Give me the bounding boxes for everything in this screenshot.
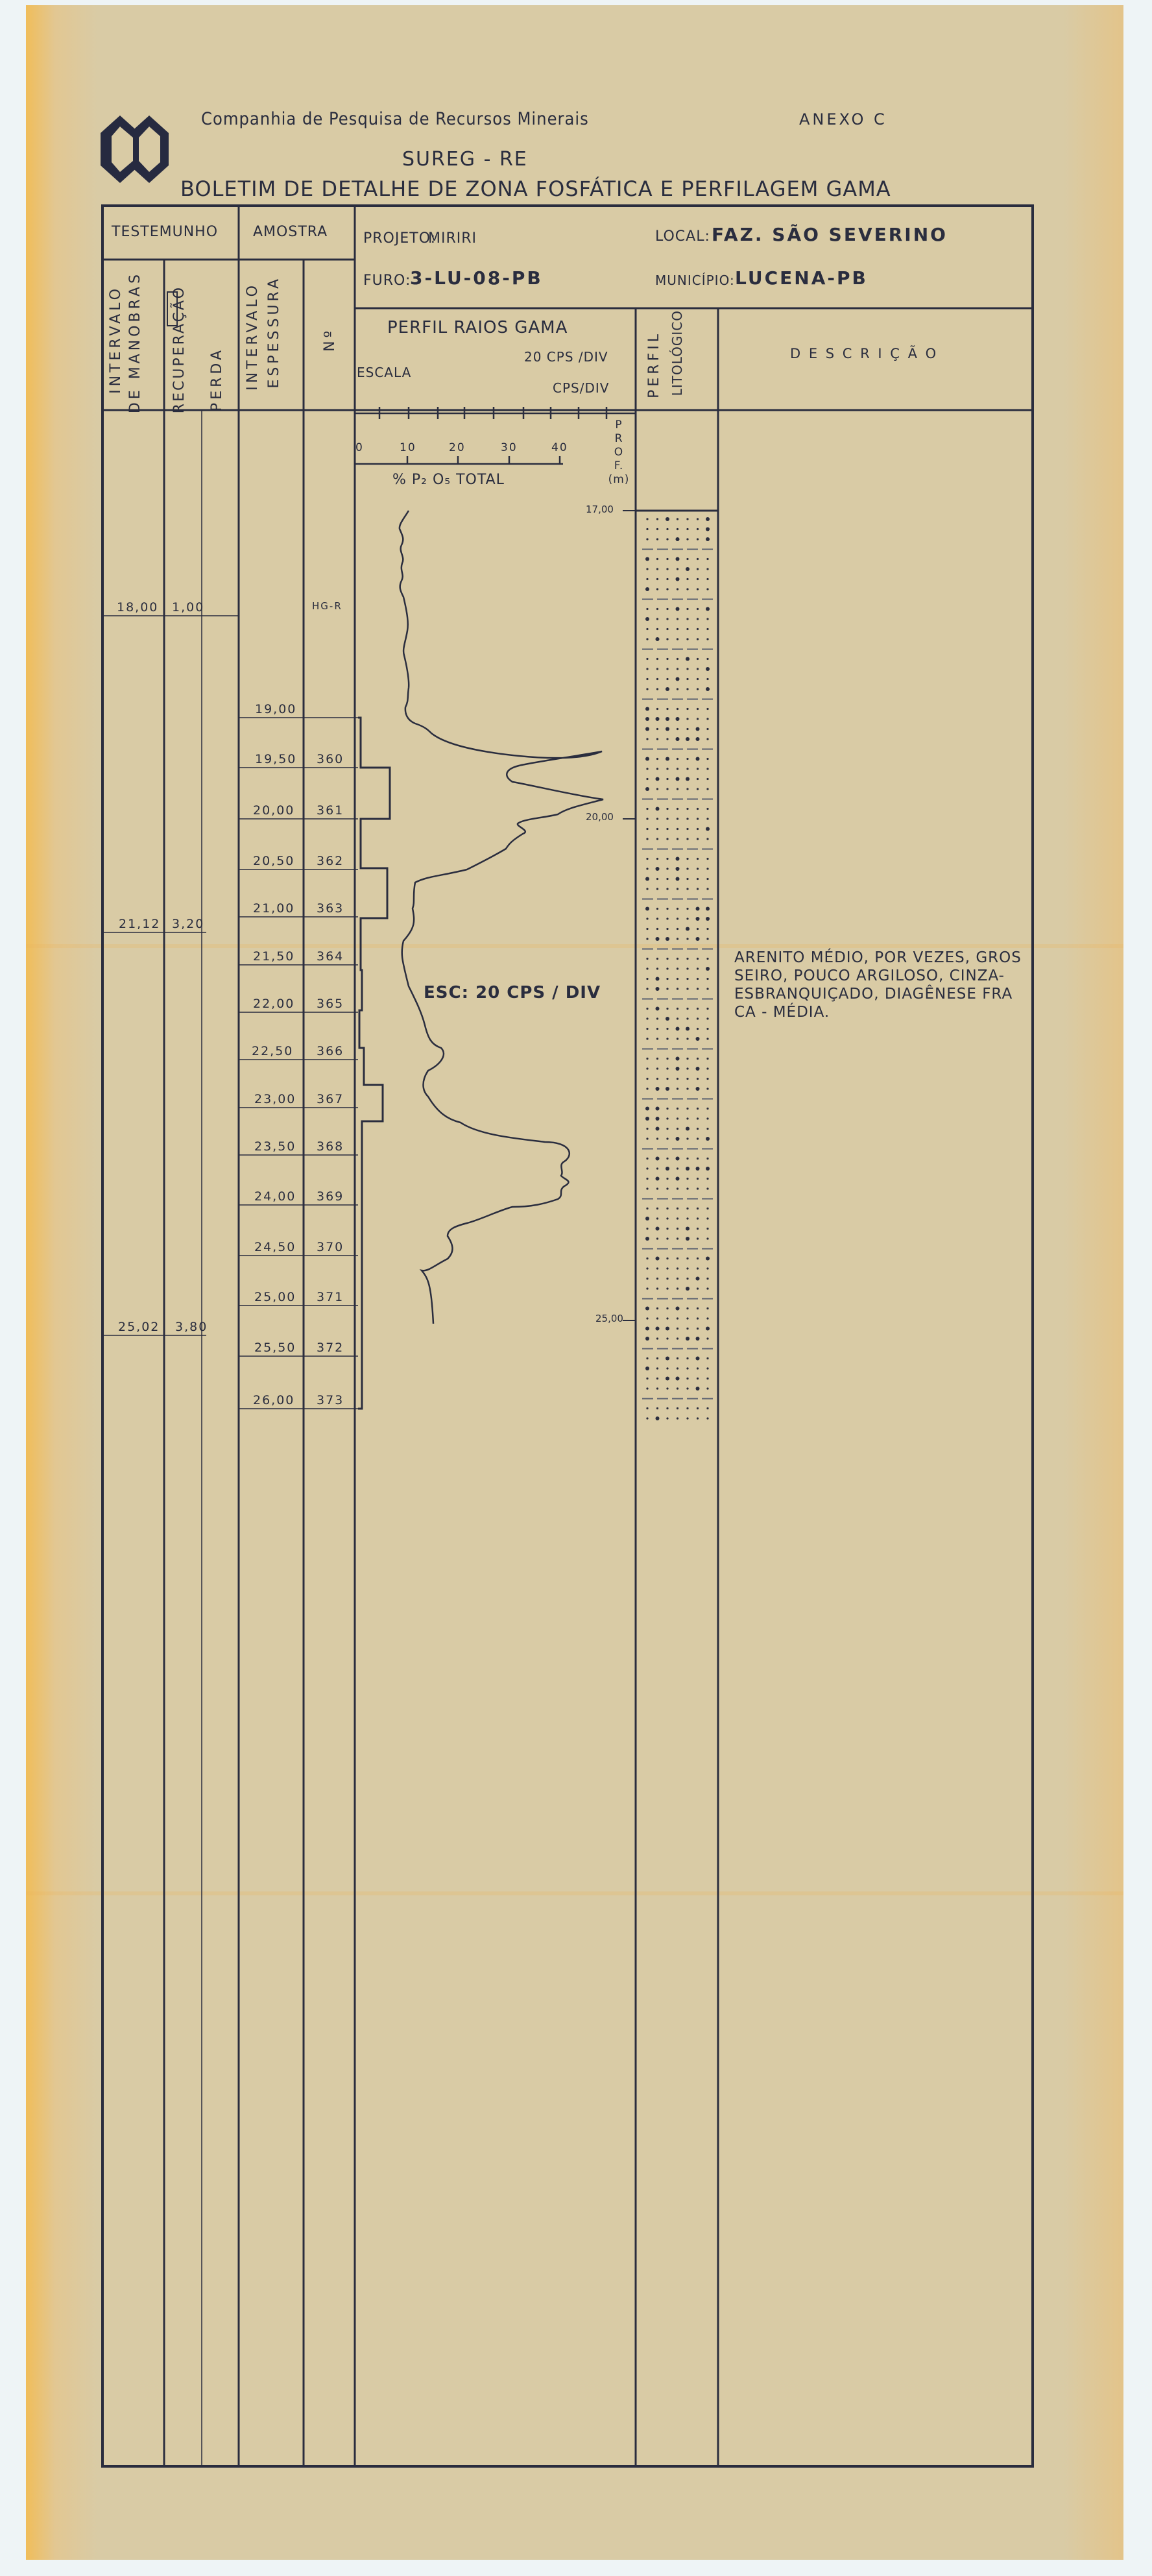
amostra-numero: 370 (317, 1240, 344, 1254)
amostra-numero: 365 (317, 997, 344, 1011)
projeto-value: MIRIRI (428, 230, 477, 247)
amostra-intervalo: 22,00 (253, 997, 294, 1011)
company-name: Companhia de Pesquisa de Recursos Minera… (201, 109, 589, 129)
municipio-label: MUNICÍPIO: (655, 273, 735, 288)
amostra-numero: 369 (317, 1189, 344, 1204)
projeto-label: PROJETO: (363, 230, 436, 247)
local-value: FAZ. SÃO SEVERINO (712, 224, 948, 245)
p2o5-tick: 20 (449, 441, 466, 454)
amostra-intervalo: 26,00 (253, 1393, 294, 1407)
amostra-intervalo: 24,00 (254, 1189, 296, 1204)
gamma-title: PERFIL RAIOS GAMA (387, 318, 568, 337)
amostra-numero: 362 (317, 854, 344, 868)
p2o5-tick: 10 (400, 441, 416, 454)
amostra-numero: 361 (317, 803, 344, 818)
depth-label-25: 25,00 (595, 1313, 623, 1324)
local-label: LOCAL: (655, 228, 710, 245)
amostra-numero: HG-R (312, 600, 342, 612)
amostra-intervalo: 21,00 (253, 901, 294, 916)
page-title: BOLETIM DE DETALHE DE ZONA FOSFÁTICA E P… (180, 176, 891, 201)
col-litologico-label: LITOLÓGICO (669, 310, 685, 396)
col-de-manobras-label: DE MANOBRAS (127, 271, 143, 413)
unit-label: SUREG - RE (402, 148, 528, 171)
amostra-numero: 366 (317, 1044, 344, 1058)
amostra-numero: 371 (317, 1290, 344, 1304)
amostra-intervalo: 25,00 (254, 1290, 296, 1304)
amostra-intervalo: 19,00 (255, 702, 296, 716)
col-descricao-label: D E S C R I Ç Ã O (790, 346, 938, 361)
amostra-intervalo: 24,50 (254, 1240, 296, 1254)
gamma-scale-value: 20 CPS /DIV (524, 349, 608, 365)
depth-label-17: 17,00 (586, 504, 614, 515)
cprm-logo-icon (101, 115, 169, 183)
annex-label: ANEXO C (799, 110, 887, 128)
amostra-numero: 373 (317, 1393, 344, 1407)
cps-div-label: CPS/DIV (553, 380, 609, 396)
testemunho-header: TESTEMUNHO (112, 224, 218, 240)
amostra-numero: 372 (317, 1341, 344, 1355)
col-perfil-label: PERFIL (646, 331, 662, 398)
amostra-intervalo: 23,00 (254, 1092, 296, 1106)
furo-label: FURO: (363, 273, 411, 289)
testemunho-intervalo: 18,00 (117, 600, 158, 614)
testemunho-intervalo: 21,12 (119, 917, 160, 931)
testemunho-recuperacao: 1,00 (172, 600, 204, 614)
lithology-sandstone-pattern (642, 517, 713, 1420)
p2o5-tick: 40 (551, 441, 568, 454)
p2o5-tick: 30 (501, 441, 518, 454)
col-numero-label: Nº (322, 328, 338, 352)
col-intervalo-label: INTERVALO (108, 286, 124, 394)
amostra-header: AMOSTRA (253, 224, 328, 240)
gamma-ray-curve (400, 511, 603, 1324)
amostra-intervalo: 19,50 (255, 752, 296, 766)
lithology-description: ARENITO MÉDIO, POR VEZES, GROS SEIRO, PO… (734, 949, 1022, 1021)
amostra-numero: 364 (317, 949, 344, 964)
prof-label: PROF.(m) (606, 419, 632, 487)
amostra-intervalo: 25,50 (254, 1341, 296, 1355)
testemunho-intervalo: 25,02 (118, 1320, 160, 1334)
amostra-numero: 367 (317, 1092, 344, 1106)
gamma-scale-annotation: ESC: 20 CPS / DIV (424, 983, 601, 1002)
amostra-intervalo: 21,50 (253, 949, 294, 964)
col-amostra-intervalo-label: INTERVALO (245, 282, 261, 391)
col-perda-label: PERDA (209, 347, 225, 411)
col-recuperacao-label: RECUPERAÇÃO (171, 286, 187, 413)
amostra-numero: 363 (317, 901, 344, 916)
p2o5-tick: 0 (355, 441, 364, 454)
amostra-intervalo: 20,00 (253, 803, 294, 818)
testemunho-recuperacao: 3,80 (175, 1320, 208, 1334)
escala-label: ESCALA (357, 365, 411, 380)
furo-value: 3-LU-08-PB (410, 267, 543, 289)
testemunho-recuperacao: 3,20 (172, 917, 204, 931)
amostra-intervalo: 22,50 (252, 1044, 293, 1058)
amostra-intervalo: 20,50 (253, 854, 294, 868)
depth-label-20: 20,00 (586, 811, 614, 823)
amostra-numero: 360 (317, 752, 344, 766)
amostra-numero: 368 (317, 1139, 344, 1154)
col-espessura-label: ESPESSURA (266, 276, 282, 389)
p2o5-axis-label: % P₂ O₅ TOTAL (392, 472, 505, 488)
municipio-value: LUCENA-PB (735, 267, 868, 289)
p2o5-bar-graph (358, 718, 390, 1409)
amostra-intervalo: 23,50 (254, 1139, 296, 1154)
